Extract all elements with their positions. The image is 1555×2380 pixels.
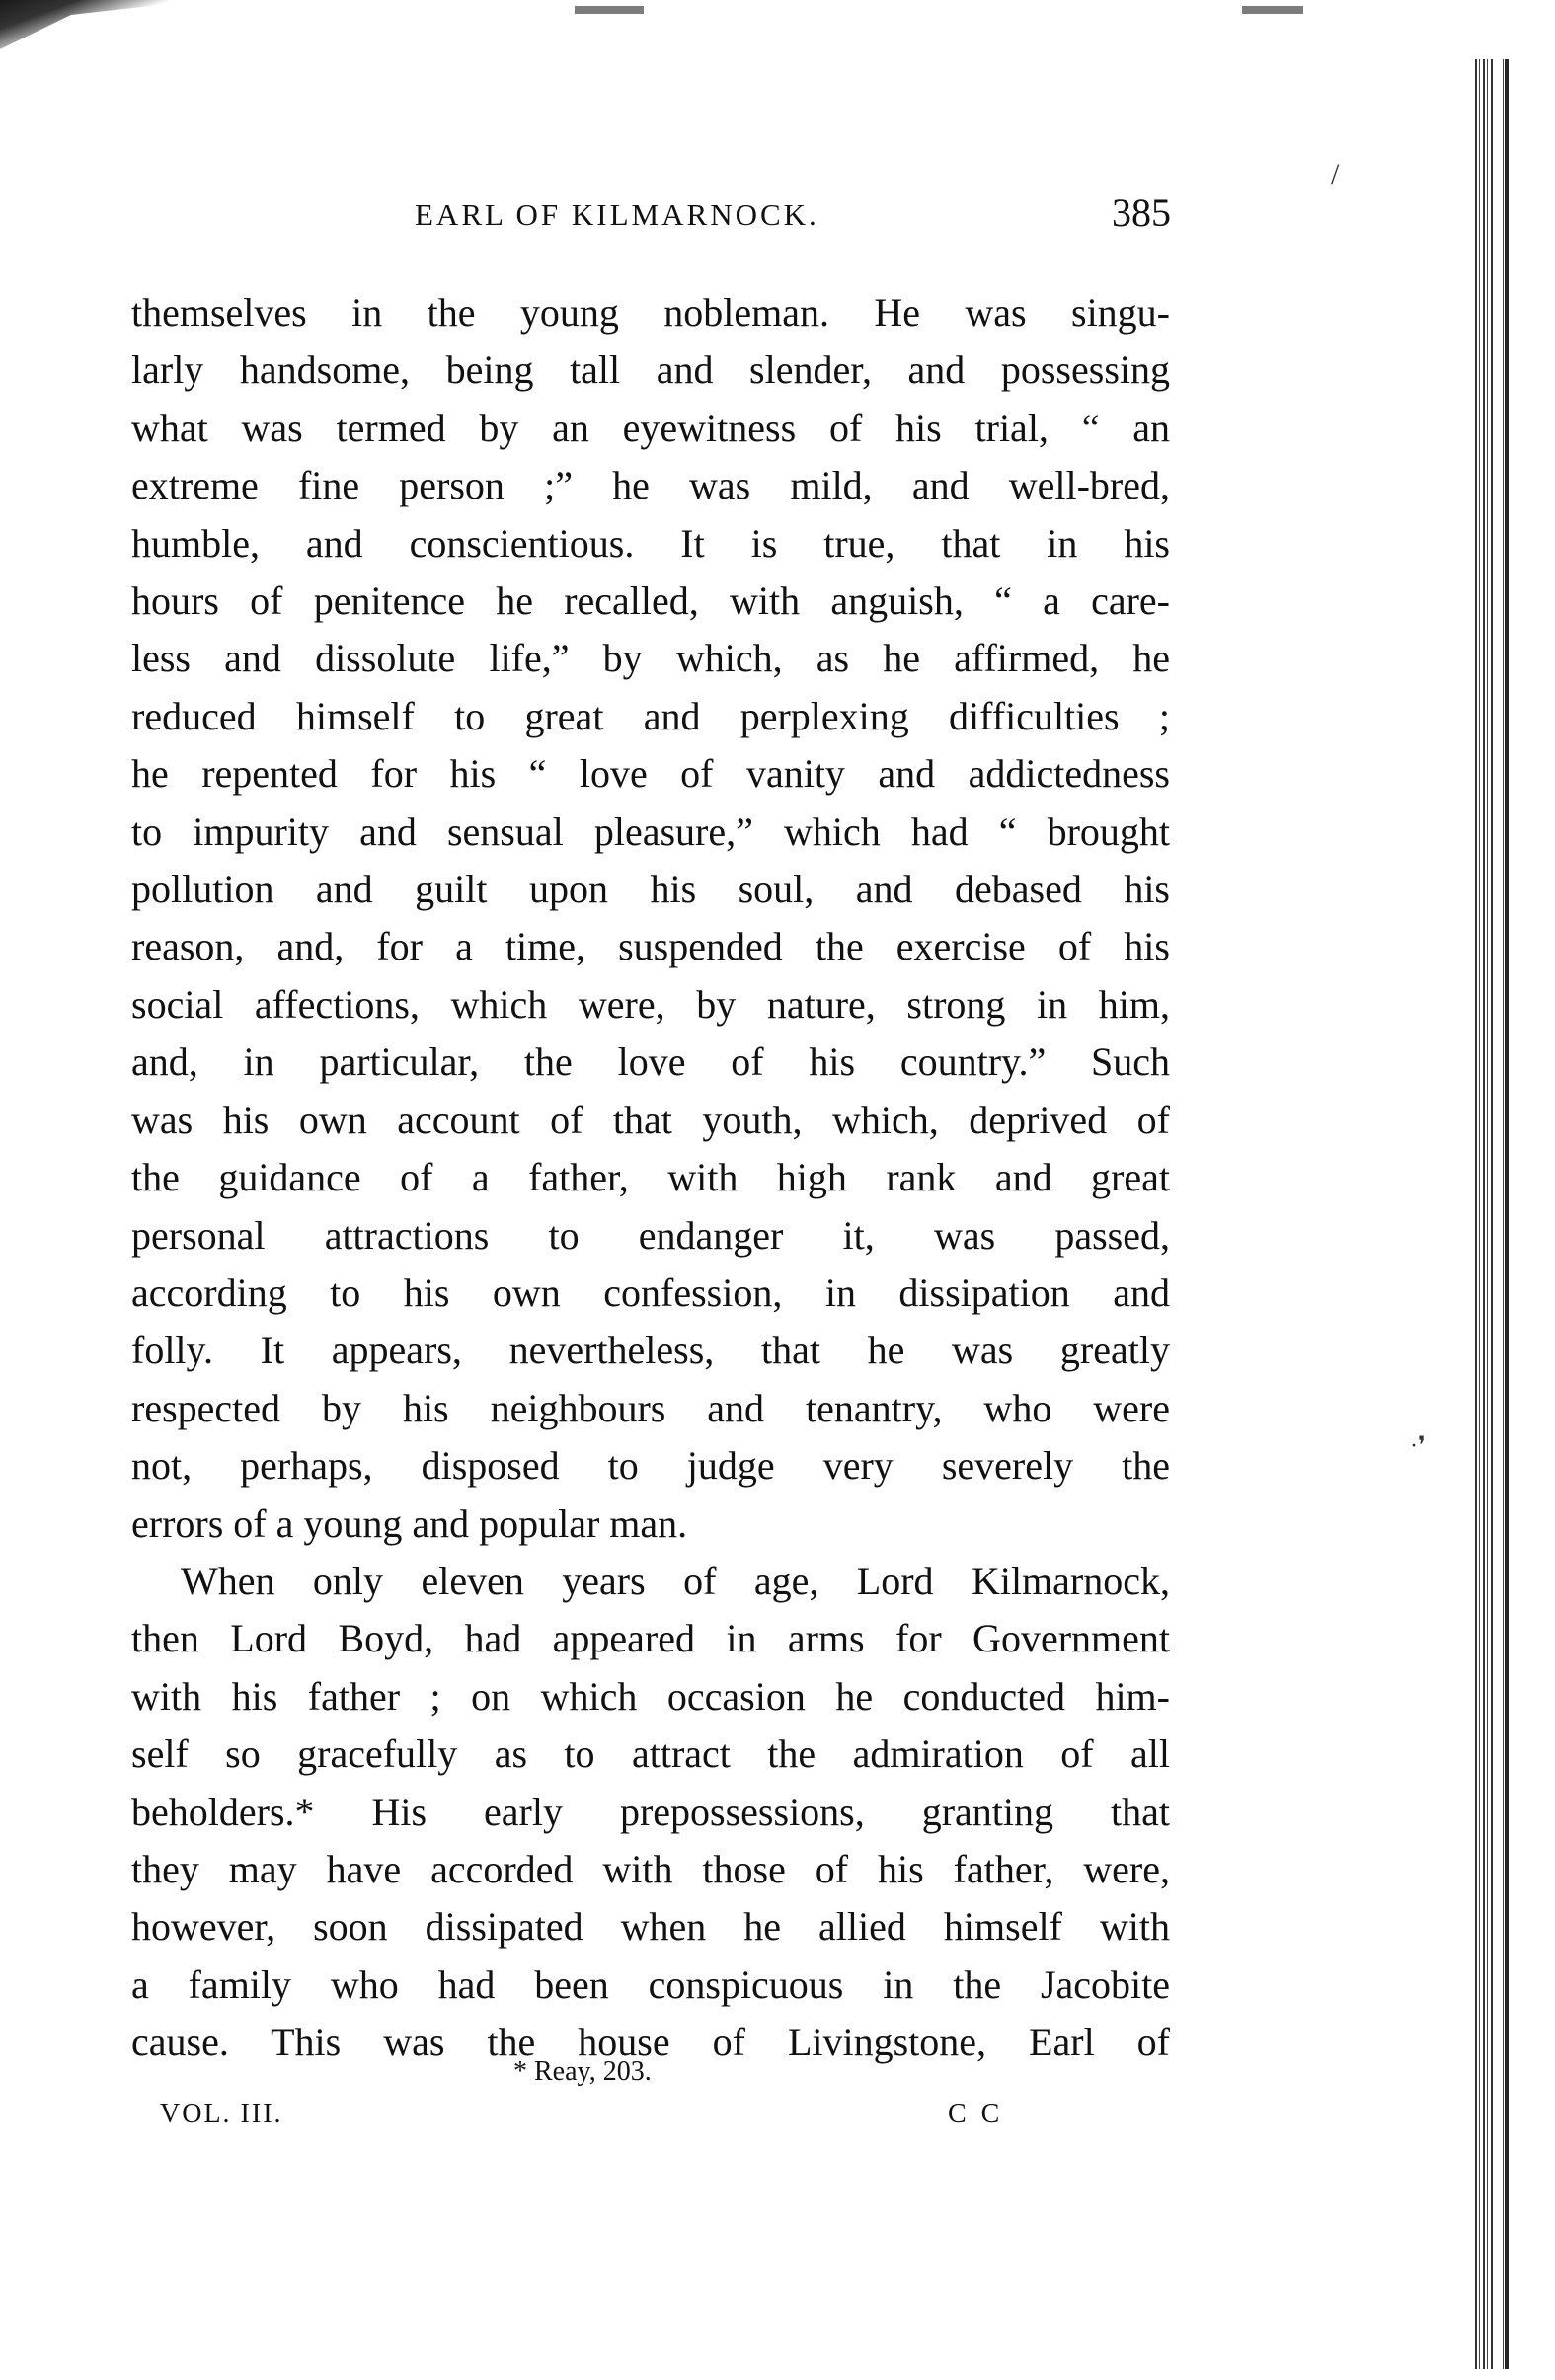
text-line: folly. It appears, nevertheless, that he… [131, 1322, 1170, 1379]
body-text: themselves in the young nobleman. He was… [131, 284, 1170, 2072]
text-line: with his father ; on which occasion he c… [131, 1668, 1170, 1726]
footnote: * Reay, 203. [513, 2056, 652, 2088]
text-line: beholders.* His early prepossessions, gr… [131, 1784, 1170, 1841]
text-line: pollution and guilt upon his soul, and d… [131, 861, 1170, 918]
text-line: self so gracefully as to attract the adm… [131, 1726, 1170, 1783]
text-line: he repented for his “ love of vanity and… [131, 745, 1170, 803]
page-number: 385 [1112, 190, 1171, 236]
paragraph-end-line: errors of a young and popular man. [131, 1496, 1170, 1553]
text-line: reason, and, for a time, suspended the e… [131, 918, 1170, 975]
text-line: the guidance of a father, with high rank… [131, 1149, 1170, 1206]
volume-signature: VOL. III. [160, 2099, 283, 2130]
text-line: to impurity and sensual pleasure,” which… [131, 804, 1170, 861]
running-title: EARL OF KILMARNOCK. [415, 197, 819, 233]
text-line: larly handsome, being tall and slender, … [131, 342, 1170, 399]
text-line: extreme fine person ;” he was mild, and … [131, 457, 1170, 514]
text-line: not, perhaps, disposed to judge very sev… [131, 1437, 1170, 1495]
text-line: personal attractions to endanger it, was… [131, 1207, 1170, 1265]
text-line: was his own account of that youth, which… [131, 1092, 1170, 1149]
scan-speck [575, 6, 644, 14]
text-line: humble, and conscientious. It is true, t… [131, 515, 1170, 573]
text-line: then Lord Boyd, had appeared in arms for… [131, 1610, 1170, 1667]
text-line: reduced himself to great and perplexing … [131, 688, 1170, 745]
stray-side-mark: ·❜ [1410, 1431, 1426, 1460]
text-line: respected by his neighbours and tenantry… [131, 1380, 1170, 1437]
paragraph-start-line: When only eleven years of age, Lord Kilm… [131, 1553, 1170, 1610]
text-line: themselves in the young nobleman. He was… [131, 284, 1170, 342]
text-line: according to his own confession, in diss… [131, 1265, 1170, 1322]
scan-corner-shadow [0, 0, 178, 49]
text-line: they may have accorded with those of his… [131, 1841, 1170, 1898]
text-line: and, in particular, the love of his coun… [131, 1034, 1170, 1091]
text-line: less and dissolute life,” by which, as h… [131, 630, 1170, 687]
text-line: hours of penitence he recalled, with ang… [131, 573, 1170, 630]
running-head: EARL OF KILMARNOCK. 385 [415, 197, 1171, 247]
text-line: what was termed by an eyewitness of his … [131, 400, 1170, 457]
book-page-edges [1475, 59, 1509, 2369]
text-line: a family who had been conspicuous in the… [131, 1957, 1170, 2014]
scan-speck [1242, 6, 1303, 14]
text-line: social affections, which were, by nature… [131, 976, 1170, 1034]
gathering-signature-mark: C C [948, 2099, 1003, 2130]
stray-slash-mark: / [1331, 158, 1339, 192]
text-line: however, soon dissipated when he allied … [131, 1898, 1170, 1956]
